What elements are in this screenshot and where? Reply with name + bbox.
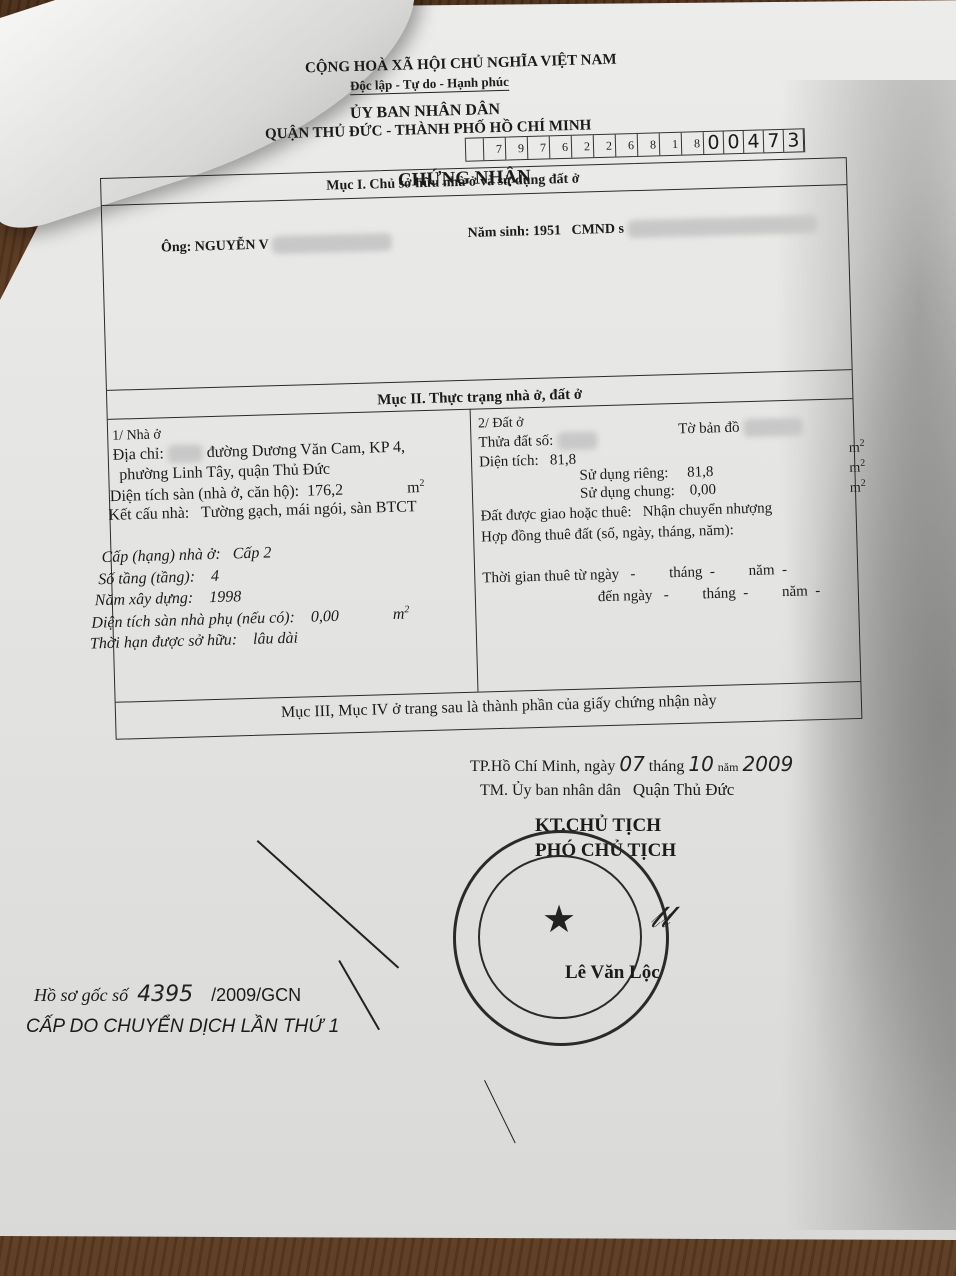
serial-cell-handwritten: 3 bbox=[784, 129, 805, 152]
owner-label: Ông: NGUYỄN V bbox=[161, 238, 269, 256]
ownership-value: lâu dài bbox=[253, 630, 298, 648]
country-header: CỘNG HOÀ XÃ HỘI CHỦ NGHĨA VIỆT NAM bbox=[305, 52, 617, 78]
land-area: Diện tích: 81,8 bbox=[479, 452, 577, 472]
map-label: Tờ bản đồ bbox=[678, 420, 740, 438]
plot-number: Thửa đất số: bbox=[478, 431, 597, 452]
land-heading: 2/ Đất ở bbox=[478, 415, 524, 432]
land-area-label: Diện tích: bbox=[479, 453, 539, 471]
owner-name: Ông: NGUYỄN V bbox=[161, 233, 393, 257]
plot-label: Thửa đất số: bbox=[478, 433, 553, 451]
floors-label: Số tầng (tầng): bbox=[98, 569, 195, 589]
record-number: Hồ sơ gốc số 4395 /2009/GCN bbox=[34, 982, 301, 1007]
unit-m2: m2 bbox=[393, 606, 410, 623]
on-behalf-label: TM. Ủy ban nhân dân bbox=[480, 782, 621, 799]
footer-note: Mục III, Mục IV ở trang sau là thành phầ… bbox=[281, 692, 717, 722]
redacted-name bbox=[272, 233, 392, 254]
private-value: 81,8 bbox=[687, 464, 714, 481]
section1-heading: Mục I. Chủ sở hữu nhà ở và sử dụng đất ở bbox=[326, 172, 580, 195]
serial-cell: 6 bbox=[550, 136, 573, 159]
pen-line bbox=[338, 960, 380, 1030]
shared-value: 0,00 bbox=[690, 482, 717, 499]
serial-cell: 8 bbox=[682, 132, 705, 155]
year-handwritten: 2009 bbox=[742, 752, 793, 776]
record-suffix: /2009/GCN bbox=[211, 985, 301, 1005]
birth-and-id: Năm sinh: 1951 CMND s bbox=[467, 215, 817, 243]
shared-use: Sử dụng chung: 0,00 bbox=[580, 482, 716, 503]
month-handwritten: 10 bbox=[688, 752, 713, 776]
floor-area-value: 176,2 bbox=[307, 482, 343, 500]
national-motto: Độc lập - Tự do - Hạnh phúc bbox=[350, 74, 509, 95]
lease-from-label: Thời gian thuê từ ngày bbox=[482, 567, 619, 587]
serial-cell-handwritten: 7 bbox=[764, 130, 785, 153]
allocation-value: Nhận chuyển nhượng bbox=[643, 500, 773, 520]
house-heading: 1/ Nhà ở bbox=[112, 427, 161, 444]
serial-cell-handwritten: 0 bbox=[704, 132, 725, 155]
record-label: Hồ sơ gốc số bbox=[34, 985, 128, 1005]
unit-m2: m2 bbox=[407, 479, 425, 496]
serial-cell: 7 bbox=[484, 138, 507, 161]
redacted-map bbox=[743, 417, 803, 437]
serial-cell: 9 bbox=[506, 137, 529, 160]
ownership-label: Thời hạn được sở hữu: bbox=[90, 631, 237, 652]
place-date: TP.Hồ Chí Minh, ngày 07 tháng 10 năm 200… bbox=[470, 752, 793, 776]
signature-scribble: 𝓁𝓁 bbox=[650, 900, 670, 935]
lease-contract-label: Hợp đồng thuê đất (số, ngày, tháng, năm)… bbox=[481, 522, 734, 546]
redacted-id bbox=[627, 215, 817, 238]
unit-m2: m2 bbox=[849, 458, 865, 477]
redacted-plot bbox=[557, 431, 597, 450]
birth-year: Năm sinh: 1951 bbox=[467, 223, 561, 241]
floors: Số tầng (tầng): 4 bbox=[98, 568, 219, 589]
lease-from: Thời gian thuê từ ngày - tháng - năm - bbox=[482, 562, 787, 588]
shared-label: Sử dụng chung: bbox=[580, 483, 675, 502]
build-year: Năm xây dựng: 1998 bbox=[95, 588, 242, 610]
certificate-document: CỘNG HOÀ XÃ HỘI CHỦ NGHĨA VIỆT NAM Độc l… bbox=[0, 0, 956, 1276]
record-number-handwritten: 4395 bbox=[137, 982, 193, 1007]
serial-cell: 7 bbox=[528, 136, 551, 159]
grade-value: Cấp 2 bbox=[233, 544, 272, 562]
district-name: Quận Thủ Đức bbox=[633, 780, 734, 799]
certificate-table: Mục I. Chủ sở hữu nhà ở và sử dụng đất ở… bbox=[100, 157, 862, 740]
map-sheet: Tờ bản đồ bbox=[678, 417, 803, 438]
floors-value: 4 bbox=[211, 568, 219, 585]
serial-cell-handwritten: 4 bbox=[744, 130, 765, 153]
pen-line bbox=[257, 840, 400, 969]
serial-cell-handwritten: 0 bbox=[724, 131, 745, 154]
lease-to-label: đến ngày bbox=[598, 588, 653, 606]
address-label: Địa chỉ: bbox=[113, 445, 165, 463]
serial-cell: 8 bbox=[638, 133, 661, 156]
private-label: Sử dụng riêng: bbox=[579, 465, 668, 483]
pen-line bbox=[484, 1080, 516, 1143]
star-icon: ★ bbox=[542, 897, 576, 942]
serial-cell: 2 bbox=[594, 135, 617, 158]
redacted-house-number bbox=[168, 445, 203, 464]
serial-cell: 2 bbox=[572, 135, 595, 158]
allocation-label: Đất được giao hoặc thuê: bbox=[480, 504, 631, 524]
id-label: CMND s bbox=[571, 222, 624, 238]
year-label: Năm xây dựng: bbox=[95, 590, 194, 610]
column-divider bbox=[470, 409, 479, 692]
on-behalf: TM. Ủy ban nhân dân Quận Thủ Đức bbox=[480, 780, 734, 800]
day-handwritten: 07 bbox=[619, 752, 644, 776]
unit-m2: m2 bbox=[850, 478, 866, 497]
unit-m2: m2 bbox=[849, 438, 865, 457]
serial-cell bbox=[466, 138, 485, 160]
transfer-note: CẤP DO CHUYỂN DỊCH LẦN THỨ 1 bbox=[26, 1016, 339, 1038]
aux-area-value: 0,00 bbox=[311, 608, 339, 626]
address-line1: đường Dương Văn Cam, KP 4, bbox=[207, 439, 406, 462]
signer-name: Lê Văn Lộc bbox=[565, 962, 660, 984]
aux-area-label: Diện tích sàn nhà phụ (nếu có): bbox=[91, 609, 295, 632]
divider bbox=[107, 369, 852, 391]
year-value: 1998 bbox=[209, 588, 241, 606]
official-stamp: ★ bbox=[453, 830, 669, 1046]
serial-cell: 1 bbox=[660, 133, 683, 156]
serial-cell: 6 bbox=[616, 134, 639, 157]
stamp-emblem: ★ bbox=[478, 855, 642, 1019]
land-area-value: 81,8 bbox=[550, 452, 577, 469]
lease-to: đến ngày - tháng - năm - bbox=[598, 583, 821, 606]
house-grade: Cấp (hạng) nhà ở: Cấp 2 bbox=[101, 544, 271, 567]
ownership-term: Thời hạn được sở hữu: lâu dài bbox=[90, 630, 298, 654]
structure-label: Kết cấu nhà: bbox=[108, 505, 189, 524]
grade-label: Cấp (hạng) nhà ở: bbox=[101, 546, 221, 566]
place-date-prefix: TP.Hồ Chí Minh, ngày bbox=[470, 758, 615, 775]
